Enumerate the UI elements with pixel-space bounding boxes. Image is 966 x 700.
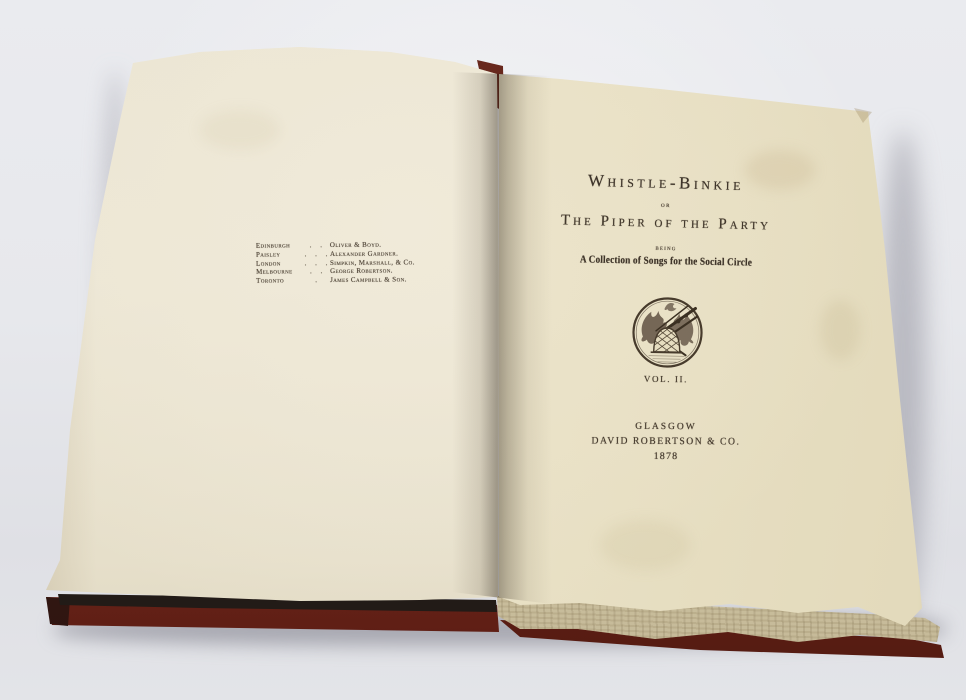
book-photo: Edinburgh . . Oliver & Boyd. Paisley . .… — [0, 0, 966, 700]
dot-leader: . . . — [302, 250, 330, 258]
imprint-publisher: Simpkin, Marshall, & Co. — [330, 258, 416, 267]
imprint-publisher: George Robertson. — [330, 267, 416, 276]
dot-leader: . — [302, 276, 330, 284]
dot-leader: . . — [302, 267, 330, 275]
imprint-list: Edinburgh . . Oliver & Boyd. Paisley . .… — [256, 240, 416, 285]
imprint-city: Edinburgh — [256, 241, 302, 249]
foxing-spot — [200, 110, 280, 150]
imprint-publisher: Oliver & Boyd. — [330, 240, 416, 249]
imprint-city: Toronto — [256, 276, 302, 284]
gutter-shadow — [452, 64, 552, 616]
imprint-city: London — [256, 259, 302, 267]
imprint-city: Melbourne — [256, 268, 302, 276]
imprint-publisher: James Campbell & Son. — [330, 275, 416, 284]
imprint-city: Paisley — [256, 250, 302, 258]
dot-leader: . . . — [302, 259, 330, 267]
imprint-year: 1878 — [510, 450, 822, 463]
imprint-row: Toronto . James Campbell & Son. — [256, 275, 416, 285]
dot-leader: . . — [302, 241, 330, 249]
imprint-publisher-name: DAVID ROBERTSON & CO. — [516, 435, 816, 448]
foxing-spot — [820, 300, 860, 360]
beehive-bagpipes-vignette-icon — [628, 294, 706, 372]
imprint-publisher: Alexander Gardner. — [330, 249, 416, 258]
foxing-spot — [600, 520, 690, 570]
